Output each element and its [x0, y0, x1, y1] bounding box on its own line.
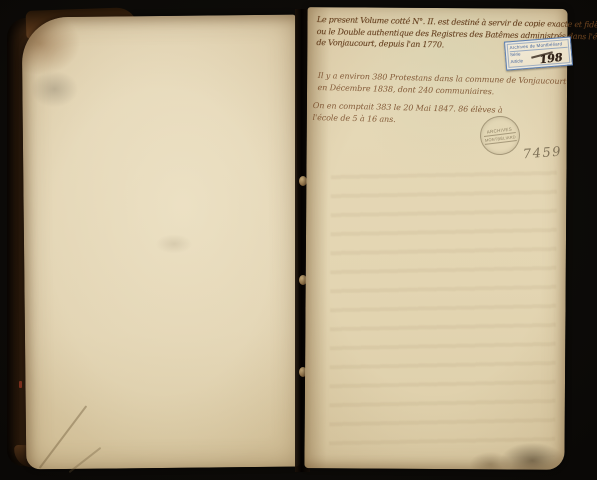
- archive-label: Archives de Montbéliard Série Article 19…: [504, 36, 573, 70]
- red-edge-mark: [19, 381, 22, 388]
- manuscript-scan-photo: Le present Volume cotté N°. II. est dest…: [0, 0, 597, 480]
- pencil-inventory-number: 7459: [523, 145, 563, 163]
- left-blank-page: [22, 15, 301, 470]
- census-note-1847: On en comptait 383 le 20 Mai 1847. 86 él…: [312, 100, 502, 129]
- ink-bleedthrough-texture: [329, 167, 557, 457]
- label-number-handwritten: 198: [539, 51, 563, 67]
